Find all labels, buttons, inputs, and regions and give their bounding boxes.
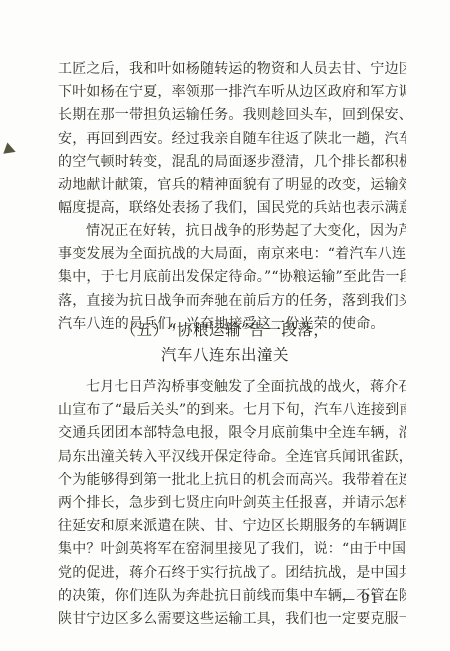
document-page: 工匠之后，我和叶如杨随转运的物资和人员去甘、宁边区。留 下叶如杨在宁夏，率领那一… xyxy=(0,0,450,651)
text-line: 七月七日芦沟桥事变触发了全面抗战的战火，蒋介石在庐 xyxy=(58,376,406,399)
text-line: 交通兵团团本部特急电报，限令月底前集中全连车辆，沿铁路 xyxy=(58,422,406,445)
text-line: 落，直接为抗日战争而奔驰在前后方的任务，落到我们头上， xyxy=(58,290,406,313)
text-line: 安，再回到西安。经过我亲自随车往返了陕北一趟，汽车八连 xyxy=(58,128,406,151)
text-line: 集中，于七月底前出发保定待命。”“协粮运输”至此告一段 xyxy=(58,266,406,289)
text-line: 山宣布了“最后关头”的到来。七月下旬，汽车八连接到南京 xyxy=(58,399,406,422)
paragraph-1: 工匠之后，我和叶如杨随转运的物资和人员去甘、宁边区。留 下叶如杨在宁夏，率领那一… xyxy=(58,58,406,220)
section-heading-line-1: （五）“协粮运输”告一段落， xyxy=(0,318,450,340)
text-line: 党的促进，蒋介石终于实行抗战了。团结抗战，是中国共产党 xyxy=(58,562,406,585)
text-line: 动地献计献策，官兵的精神面貌有了明显的改变，运输效力大 xyxy=(58,174,406,197)
text-line: 下叶如杨在宁夏，率领那一排汽车听从边区政府和军方调遣， xyxy=(58,81,406,104)
text-line: 个为能够得到第一批北上抗日的机会而高兴。我带着在连部的 xyxy=(58,469,406,492)
text-line: 情况正在好转，抗日战争的形势起了大变化，因为芦沟桥 xyxy=(58,220,406,243)
text-line: 事变发展为全面抗战的大局面，南京来电：“着汽车八连限期 xyxy=(58,243,406,266)
ink-blot-mark xyxy=(3,142,17,157)
text-line: 工匠之后，我和叶如杨随转运的物资和人员去甘、宁边区。留 xyxy=(58,58,406,81)
text-line: 幅度提高，联络处表扬了我们，国民党的兵站也表示满意。 xyxy=(58,197,406,220)
text-line: 陕甘宁边区多么需要这些运输工具，我们也一定要克服一切困 xyxy=(58,608,406,631)
section-heading-line-2: 汽车八连东出潼关 xyxy=(0,343,450,365)
text-line: 往延安和原来派遣在陕、甘、宁边区长期服务的车辆调回西安 xyxy=(58,515,406,538)
text-line: 集中？叶剑英将军在窑洞里接见了我们，说：“由于中国共产 xyxy=(58,538,406,561)
page-number: — 91 — xyxy=(342,592,399,607)
text-line: 局东出潼关转入平汉线开保定待命。全连官兵闻讯雀跃，一个 xyxy=(58,446,406,469)
text-line: 两个排长，急步到七贤庄向叶剑英主任报喜，并请示怎样把派 xyxy=(58,492,406,515)
text-line: 长期在那一带担负运输任务。我则趁回头车，回到保安、延 xyxy=(58,104,406,127)
text-line: 的空气顿时转变，混乱的局面逐步澄清，几个排长都积极、主 xyxy=(58,151,406,174)
